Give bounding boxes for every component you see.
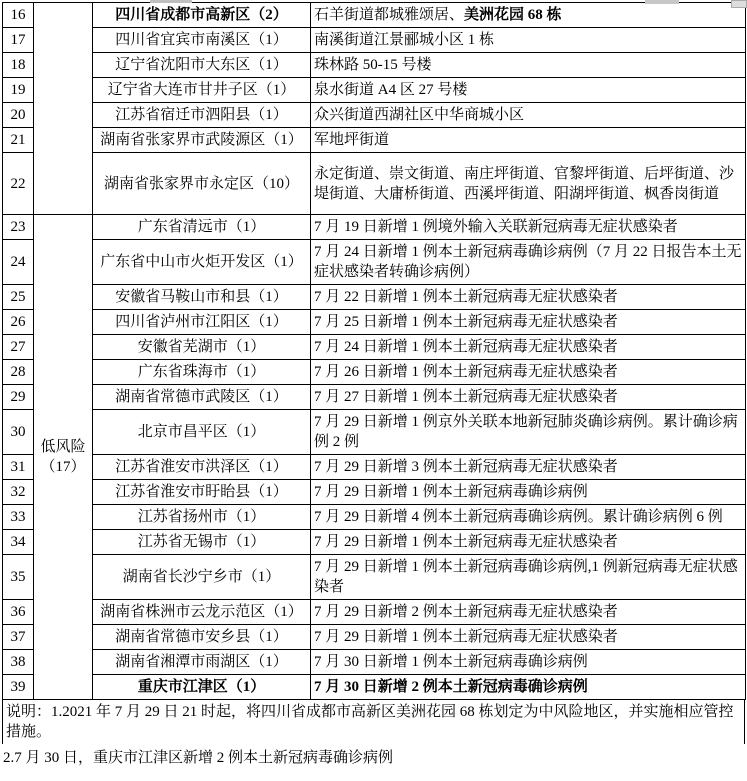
page: { "page": { "background": "#ffffff", "bo…	[0, 0, 747, 781]
row-number: 28	[3, 360, 34, 385]
region-detail-text: 7 月 25 日新增 1 例本土新冠病毒无症状感染者	[314, 314, 618, 330]
row-number: 22	[3, 153, 34, 215]
region-detail: 7 月 24 日新增 1 例本土新冠病毒无症状感染者	[311, 335, 746, 360]
region-detail: 7 月 25 日新增 1 例本土新冠病毒无症状感染者	[311, 310, 746, 335]
region-detail-text: 7 月 29 日新增 1 例京外关联本地新冠肺炎确诊病例。累计确诊病例 2 例	[314, 414, 738, 450]
table-row: 31江苏省淮安市洪泽区（1）7 月 29 日新增 3 例本土新冠病毒无症状感染者	[3, 455, 746, 480]
region-detail-text: 7 月 29 日新增 4 例本土新冠病毒确诊病例。累计确诊病例 6 例	[314, 509, 723, 525]
top-edge-artifact	[731, 0, 747, 8]
top-edge-artifact	[150, 0, 192, 3]
region-detail-text: 7 月 29 日新增 1 例本土新冠病毒确诊病例	[314, 484, 588, 500]
region-detail: 7 月 29 日新增 4 例本土新冠病毒确诊病例。累计确诊病例 6 例	[311, 505, 746, 530]
table-row: 39重庆市江津区（1）7 月 30 日新增 2 例本土新冠病毒确诊病例	[3, 675, 746, 700]
document-page: 16四川省成都市高新区（2）石羊街道都城雅颂居、美洲花园 68 栋17四川省宜宾…	[0, 0, 747, 768]
table-row: 17四川省宜宾市南溪区（1）南溪街道江景郦城小区 1 栋	[3, 28, 746, 53]
region-detail-text: 南溪街道江景郦城小区 1 栋	[314, 32, 494, 48]
row-number: 37	[3, 625, 34, 650]
region-detail: 7 月 24 日新增 1 例本土新冠病毒确诊病例（7 月 22 日报告本土无症状…	[311, 240, 746, 285]
region-name: 安徽省马鞍山市和县（1）	[93, 285, 311, 310]
table-row: 20江苏省宿迁市泗阳县（1）众兴街道西湖社区中华商城小区	[3, 103, 746, 128]
region-detail: 7 月 29 日新增 1 例本土新冠病毒无症状感染者	[311, 530, 746, 555]
row-number: 27	[3, 335, 34, 360]
table-row: 22湖南省张家界市永定区（10）永定街道、崇文街道、南庄坪街道、官黎坪街道、后坪…	[3, 153, 746, 215]
region-detail: 7 月 27 日新增 1 例本土新冠病毒无症状感染者	[311, 385, 746, 410]
note-line-2: 2.7 月 30 日，重庆市江津区新增 2 例本土新冠病毒确诊病例	[2, 744, 737, 768]
region-name: 四川省宜宾市南溪区（1）	[93, 28, 311, 53]
region-name: 湖南省张家界市永定区（10）	[93, 153, 311, 215]
region-name: 江苏省淮安市洪泽区（1）	[93, 455, 311, 480]
row-number: 31	[3, 455, 34, 480]
region-detail-text: 7 月 27 日新增 1 例本土新冠病毒无症状感染者	[314, 389, 618, 405]
row-number: 18	[3, 53, 34, 78]
table-row: 21湖南省张家界市武陵源区（1）军地坪街道	[3, 128, 746, 153]
region-detail-text: 7 月 29 日新增 2 例本土新冠病毒无症状感染者	[314, 604, 618, 620]
note-line-1: 说明：1.2021 年 7 月 29 日 21 时起，将四川省成都市高新区美洲花…	[2, 700, 745, 744]
region-detail-text: 7 月 29 日新增 1 例本土新冠病毒无症状感染者	[314, 629, 618, 645]
region-detail-text: 众兴街道西湖社区中华商城小区	[314, 107, 524, 123]
row-number: 34	[3, 530, 34, 555]
region-name: 湖南省常德市武陵区（1）	[93, 385, 311, 410]
region-name: 四川省泸州市江阳区（1）	[93, 310, 311, 335]
table-row: 19辽宁省大连市甘井子区（1）泉水街道 A4 区 27 号楼	[3, 78, 746, 103]
region-name: 湖南省常德市安乡县（1）	[93, 625, 311, 650]
table-row: 26四川省泸州市江阳区（1）7 月 25 日新增 1 例本土新冠病毒无症状感染者	[3, 310, 746, 335]
region-name: 安徽省芜湖市（1）	[93, 335, 311, 360]
row-number: 17	[3, 28, 34, 53]
region-detail: 7 月 29 日新增 1 例本土新冠病毒无症状感染者	[311, 625, 746, 650]
region-detail: 7 月 29 日新增 1 例京外关联本地新冠肺炎确诊病例。累计确诊病例 2 例	[311, 410, 746, 455]
region-detail-text: 7 月 30 日新增 2 例本土新冠病毒确诊病例	[314, 679, 588, 695]
region-name: 重庆市江津区（1）	[93, 675, 311, 700]
row-number: 29	[3, 385, 34, 410]
row-number: 25	[3, 285, 34, 310]
region-name: 江苏省淮安市盱眙县（1）	[93, 480, 311, 505]
region-detail: 7 月 29 日新增 2 例本土新冠病毒无症状感染者	[311, 600, 746, 625]
table-row: 27安徽省芜湖市（1）7 月 24 日新增 1 例本土新冠病毒无症状感染者	[3, 335, 746, 360]
row-number: 39	[3, 675, 34, 700]
region-name: 江苏省扬州市（1）	[93, 505, 311, 530]
table-row: 35湖南省长沙宁乡市（1）7 月 29 日新增 1 例本土新冠病毒确诊病例,1 …	[3, 555, 746, 600]
region-detail: 南溪街道江景郦城小区 1 栋	[311, 28, 746, 53]
region-detail: 7 月 26 日新增 1 例本土新冠病毒无症状感染者	[311, 360, 746, 385]
region-name: 四川省成都市高新区（2）	[93, 3, 311, 28]
risk-level-label: （17）	[40, 459, 85, 475]
row-number: 21	[3, 128, 34, 153]
region-detail-text: 永定街道、崇文街道、南庄坪街道、官黎坪街道、后坪街道、沙堤街道、大庸桥街道、西溪…	[314, 166, 734, 202]
region-detail-text: 美洲花园 68 栋	[464, 7, 562, 23]
region-detail-text: 7 月 30 日新增 1 例本土新冠病毒确诊病例	[314, 654, 588, 670]
region-name: 湖南省株洲市云龙示范区（1）	[93, 600, 311, 625]
region-detail: 7 月 29 日新增 3 例本土新冠病毒无症状感染者	[311, 455, 746, 480]
risk-region-table: 16四川省成都市高新区（2）石羊街道都城雅颂居、美洲花园 68 栋17四川省宜宾…	[2, 2, 746, 700]
region-detail: 7 月 30 日新增 2 例本土新冠病毒确诊病例	[311, 675, 746, 700]
risk-level-cell: 低风险（17）	[34, 215, 93, 700]
region-detail-text: 军地坪街道	[314, 132, 389, 148]
region-name: 广东省清远市（1）	[93, 215, 311, 240]
region-detail: 石羊街道都城雅颂居、美洲花园 68 栋	[311, 3, 746, 28]
region-detail-text: 7 月 26 日新增 1 例本土新冠病毒无症状感染者	[314, 364, 618, 380]
table-row: 16四川省成都市高新区（2）石羊街道都城雅颂居、美洲花园 68 栋	[3, 3, 746, 28]
region-name: 广东省中山市火炬开发区（1）	[93, 240, 311, 285]
region-detail-text: 7 月 24 日新增 1 例本土新冠病毒无症状感染者	[314, 339, 618, 355]
region-detail: 军地坪街道	[311, 128, 746, 153]
region-detail: 7 月 30 日新增 1 例本土新冠病毒确诊病例	[311, 650, 746, 675]
region-detail-text: 珠林路 50-15 号楼	[314, 57, 432, 73]
region-detail-text: 7 月 24 日新增 1 例本土新冠病毒确诊病例（7 月 22 日报告本土无症状…	[314, 244, 742, 280]
row-number: 38	[3, 650, 34, 675]
row-number: 33	[3, 505, 34, 530]
table-row: 38湖南省湘潭市雨湖区（1）7 月 30 日新增 1 例本土新冠病毒确诊病例	[3, 650, 746, 675]
row-number: 24	[3, 240, 34, 285]
table-row: 23低风险（17）广东省清远市（1）7 月 19 日新增 1 例境外输入关联新冠…	[3, 215, 746, 240]
region-name: 辽宁省大连市甘井子区（1）	[93, 78, 311, 103]
table-row: 37湖南省常德市安乡县（1）7 月 29 日新增 1 例本土新冠病毒无症状感染者	[3, 625, 746, 650]
region-name: 辽宁省沈阳市大东区（1）	[93, 53, 311, 78]
region-detail: 泉水街道 A4 区 27 号楼	[311, 78, 746, 103]
region-detail-text: 7 月 22 日新增 1 例本土新冠病毒无症状感染者	[314, 289, 618, 305]
table-row: 29湖南省常德市武陵区（1）7 月 27 日新增 1 例本土新冠病毒无症状感染者	[3, 385, 746, 410]
region-name: 湖南省长沙宁乡市（1）	[93, 555, 311, 600]
table-row: 25安徽省马鞍山市和县（1）7 月 22 日新增 1 例本土新冠病毒无症状感染者	[3, 285, 746, 310]
region-detail-text: 7 月 29 日新增 3 例本土新冠病毒无症状感染者	[314, 459, 618, 475]
table-row: 36湖南省株洲市云龙示范区（1）7 月 29 日新增 2 例本土新冠病毒无症状感…	[3, 600, 746, 625]
region-name: 湖南省湘潭市雨湖区（1）	[93, 650, 311, 675]
region-detail-text: 石羊街道都城雅颂居、	[314, 7, 464, 23]
row-number: 36	[3, 600, 34, 625]
region-name: 江苏省宿迁市泗阳县（1）	[93, 103, 311, 128]
region-name: 湖南省张家界市武陵源区（1）	[93, 128, 311, 153]
region-name: 北京市昌平区（1）	[93, 410, 311, 455]
risk-region-table-body: 16四川省成都市高新区（2）石羊街道都城雅颂居、美洲花园 68 栋17四川省宜宾…	[3, 3, 746, 700]
region-detail: 7 月 19 日新增 1 例境外输入关联新冠病毒无症状感染者	[311, 215, 746, 240]
table-row: 28广东省珠海市（1）7 月 26 日新增 1 例本土新冠病毒无症状感染者	[3, 360, 746, 385]
region-detail: 众兴街道西湖社区中华商城小区	[311, 103, 746, 128]
row-number: 35	[3, 555, 34, 600]
top-edge-artifact	[645, 0, 679, 4]
region-name: 江苏省无锡市（1）	[93, 530, 311, 555]
region-detail: 7 月 29 日新增 1 例本土新冠病毒确诊病例	[311, 480, 746, 505]
table-row: 24广东省中山市火炬开发区（1）7 月 24 日新增 1 例本土新冠病毒确诊病例…	[3, 240, 746, 285]
region-detail: 永定街道、崇文街道、南庄坪街道、官黎坪街道、后坪街道、沙堤街道、大庸桥街道、西溪…	[311, 153, 746, 215]
risk-level-cell	[34, 3, 93, 215]
region-detail-text: 7 月 19 日新增 1 例境外输入关联新冠病毒无症状感染者	[314, 219, 678, 235]
row-number: 23	[3, 215, 34, 240]
notes-section: 说明：1.2021 年 7 月 29 日 21 时起，将四川省成都市高新区美洲花…	[2, 700, 737, 768]
region-detail: 珠林路 50-15 号楼	[311, 53, 746, 78]
region-detail-text: 7 月 29 日新增 1 例本土新冠病毒无症状感染者	[314, 534, 618, 550]
table-row: 33江苏省扬州市（1）7 月 29 日新增 4 例本土新冠病毒确诊病例。累计确诊…	[3, 505, 746, 530]
row-number: 30	[3, 410, 34, 455]
row-number: 26	[3, 310, 34, 335]
row-number: 20	[3, 103, 34, 128]
row-number: 16	[3, 3, 34, 28]
table-row: 30北京市昌平区（1）7 月 29 日新增 1 例京外关联本地新冠肺炎确诊病例。…	[3, 410, 746, 455]
table-row: 32江苏省淮安市盱眙县（1）7 月 29 日新增 1 例本土新冠病毒确诊病例	[3, 480, 746, 505]
table-row: 18辽宁省沈阳市大东区（1）珠林路 50-15 号楼	[3, 53, 746, 78]
region-detail-text: 泉水街道 A4 区 27 号楼	[314, 82, 467, 98]
region-detail-text: 7 月 29 日新增 1 例本土新冠病毒确诊病例,1 例新冠病毒无症状感染者	[314, 559, 738, 595]
row-number: 32	[3, 480, 34, 505]
region-name: 广东省珠海市（1）	[93, 360, 311, 385]
table-row: 34江苏省无锡市（1）7 月 29 日新增 1 例本土新冠病毒无症状感染者	[3, 530, 746, 555]
region-detail: 7 月 29 日新增 1 例本土新冠病毒确诊病例,1 例新冠病毒无症状感染者	[311, 555, 746, 600]
risk-level-label: 低风险	[40, 439, 85, 455]
row-number: 19	[3, 78, 34, 103]
region-detail: 7 月 22 日新增 1 例本土新冠病毒无症状感染者	[311, 285, 746, 310]
